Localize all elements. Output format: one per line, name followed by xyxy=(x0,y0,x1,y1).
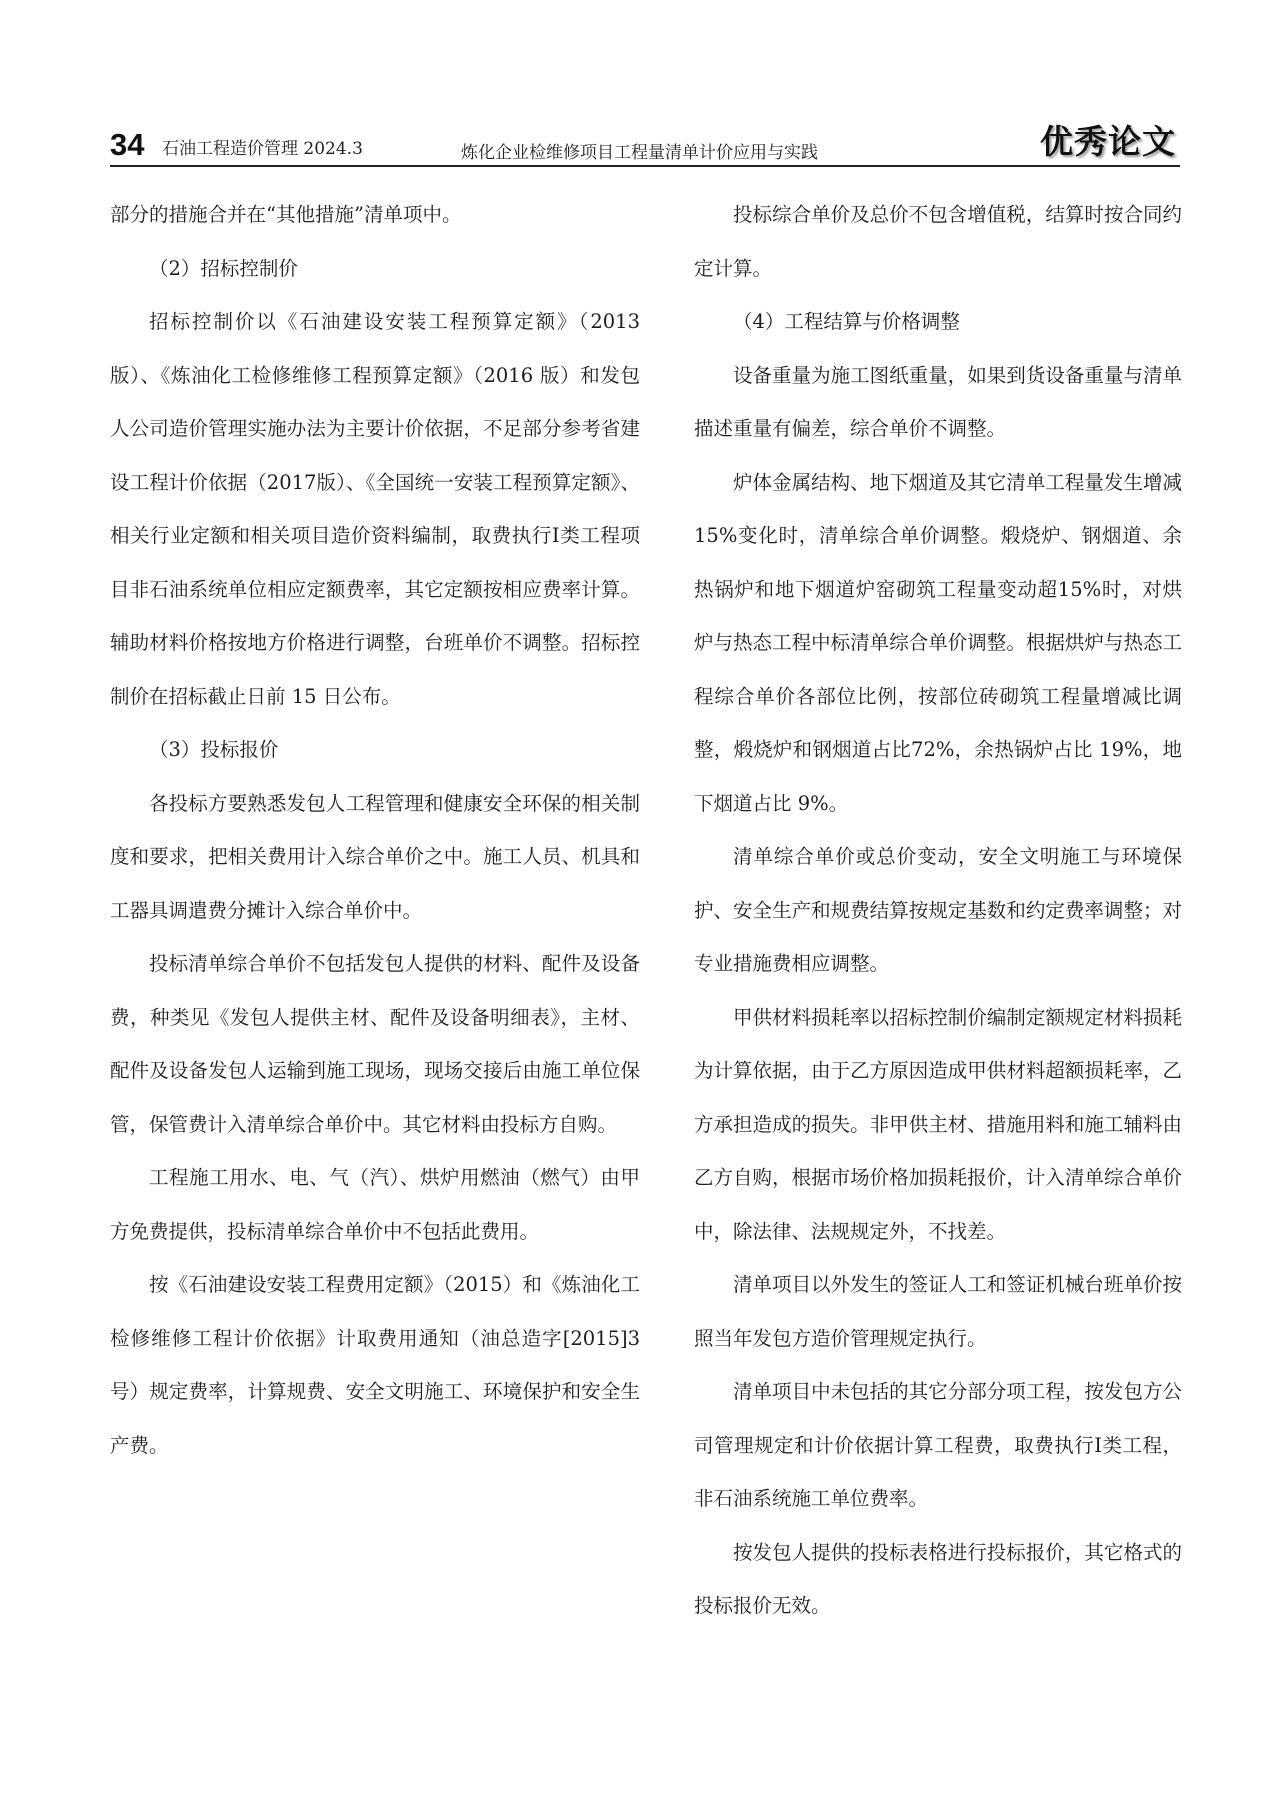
paragraph: 设备重量为施工图纸重量，如果到货设备重量与清单描述重量有偏差，综合单价不调整。 xyxy=(694,349,1182,456)
paragraph: 甲供材料损耗率以招标控制价编制定额规定材料损耗为计算依据，由于乙方原因造成甲供材… xyxy=(694,991,1182,1259)
header-rule xyxy=(110,165,1180,167)
section-tag: 优秀论文 xyxy=(1040,122,1176,162)
paragraph: 招标控制价以《石油建设安装工程预算定额》（2013 版）、《炼油化工检修维修工程… xyxy=(110,295,640,723)
subheading-bid-quotation: （3）投标报价 xyxy=(110,723,640,777)
paragraph: 按《石油建设安装工程费用定额》（2015）和《炼油化工检修维修工程计价依据》计取… xyxy=(110,1258,640,1472)
page-number: 34 xyxy=(110,128,144,162)
subheading-bid-control-price: （2）招标控制价 xyxy=(110,242,640,296)
paragraph: 各投标方要熟悉发包人工程管理和健康安全环保的相关制度和要求，把相关费用计入综合单… xyxy=(110,777,640,938)
left-column: 部分的措施合并在“其他措施”清单项中。 （2）招标控制价 招标控制价以《石油建设… xyxy=(110,188,640,1472)
paragraph: 按发包人提供的投标表格进行投标报价，其它格式的投标报价无效。 xyxy=(694,1526,1182,1633)
paragraph: 投标清单综合单价不包括发包人提供的材料、配件及设备费，种类见《发包人提供主材、配… xyxy=(110,937,640,1151)
paragraph: 炉体金属结构、地下烟道及其它清单工程量发生增减 15%变化时，清单综合单价调整。… xyxy=(694,456,1182,831)
running-header: 34 石油工程造价管理 2024.3 炼化企业检维修项目工程量清单计价应用与实践… xyxy=(110,118,1180,168)
paragraph-continuation: 部分的措施合并在“其他措施”清单项中。 xyxy=(110,188,640,242)
paragraph: 清单综合单价或总价变动，安全文明施工与环境保护、安全生产和规费结算按规定基数和约… xyxy=(694,830,1182,991)
journal-issue: 石油工程造价管理 2024.3 xyxy=(162,138,363,160)
paragraph: 清单项目以外发生的签证人工和签证机械台班单价按照当年发包方造价管理规定执行。 xyxy=(694,1258,1182,1365)
article-title: 炼化企业检维修项目工程量清单计价应用与实践 xyxy=(461,142,818,164)
paragraph: 清单项目中未包括的其它分部分项工程，按发包方公司管理规定和计价依据计算工程费，取… xyxy=(694,1365,1182,1526)
right-column: 投标综合单价及总价不包含增值税，结算时按合同约定计算。 （4）工程结算与价格调整… xyxy=(694,188,1182,1633)
paragraph: 投标综合单价及总价不包含增值税，结算时按合同约定计算。 xyxy=(694,188,1182,295)
paragraph: 工程施工用水、电、气（汽）、烘炉用燃油（燃气）由甲方免费提供，投标清单综合单价中… xyxy=(110,1151,640,1258)
subheading-settlement-price-adjustment: （4）工程结算与价格调整 xyxy=(694,295,1182,349)
